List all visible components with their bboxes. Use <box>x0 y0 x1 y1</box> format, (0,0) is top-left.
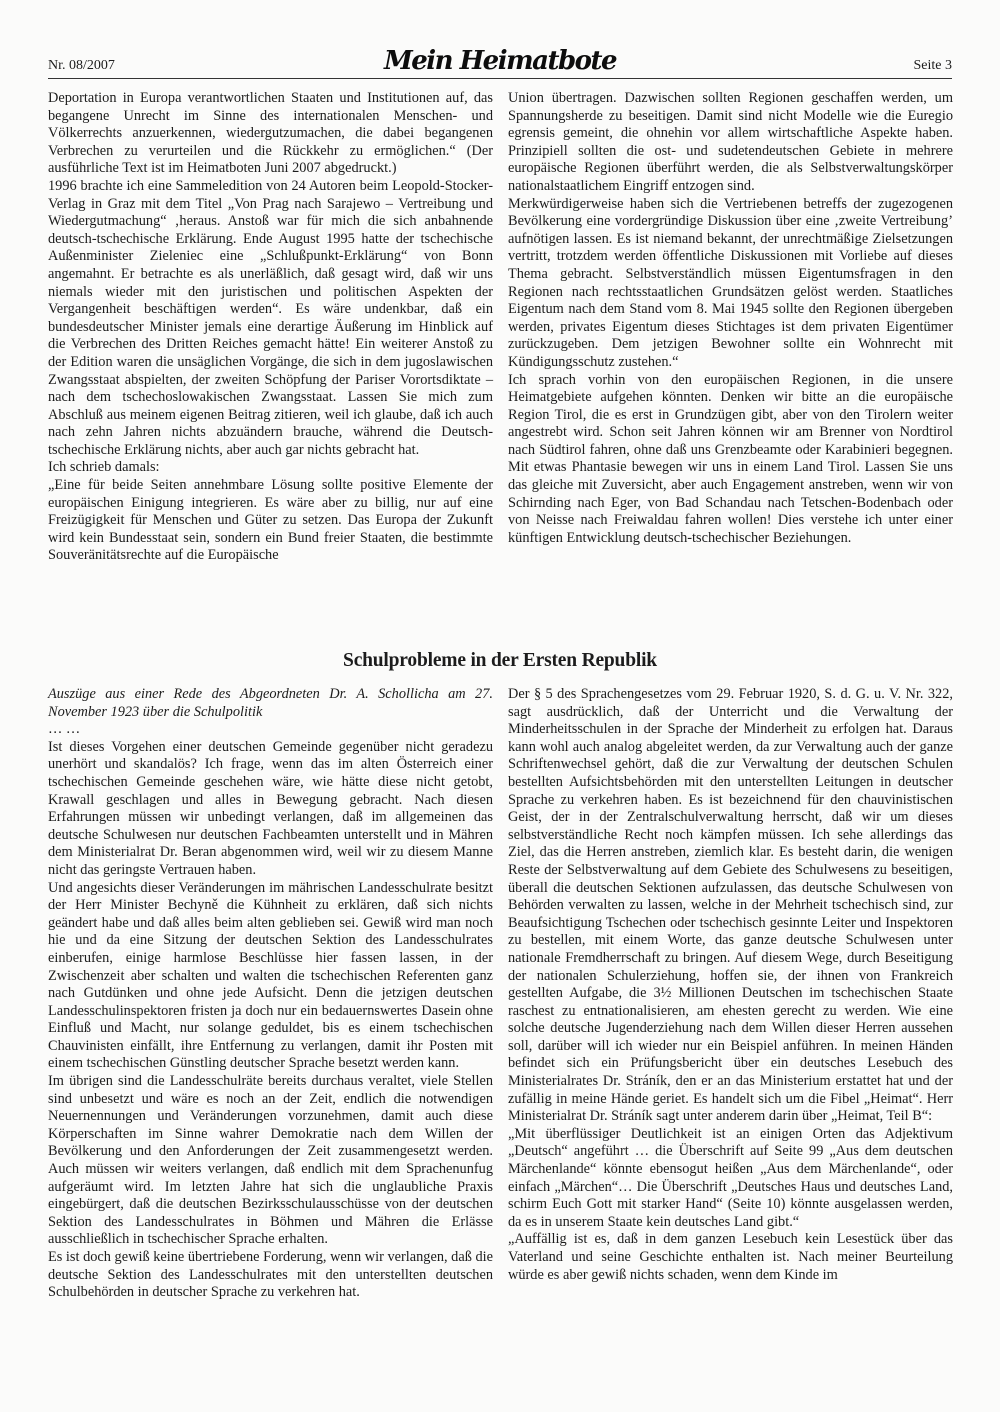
paragraph: Union übertragen. Dazwischen sollten Reg… <box>508 90 953 196</box>
article1-column-2: Union übertragen. Dazwischen sollten Reg… <box>508 90 953 547</box>
article-headline: Schulprobleme in der Ersten Republik <box>0 650 1000 672</box>
page-header: Nr. 08/2007 Mein Heimatbote Seite 3 <box>48 42 952 79</box>
masthead-logo: Mein Heimatbote <box>384 46 616 76</box>
ellipsis: … … <box>48 721 493 739</box>
paragraph: „Eine für beide Seiten annehmbare Lösung… <box>48 477 493 565</box>
article1-column-1: Deportation in Europa verantwortlichen S… <box>48 90 493 565</box>
paragraph: Merkwürdigerweise haben sich die Vertrie… <box>508 196 953 372</box>
issue-number: Nr. 08/2007 <box>48 58 115 74</box>
article2-column-2: Der § 5 des Sprachengesetzes vom 29. Feb… <box>508 686 953 1284</box>
page-number: Seite 3 <box>914 58 953 74</box>
paragraph: Ich schrieb damals: <box>48 459 493 477</box>
paragraph: „Auffällig ist es, daß in dem ganzen Les… <box>508 1231 953 1284</box>
paragraph: Ich sprach vorhin von den europäischen R… <box>508 372 953 548</box>
paragraph: 1996 brachte ich eine Sammeledition von … <box>48 178 493 460</box>
paragraph: Es ist doch gewiß keine übertriebene For… <box>48 1249 493 1302</box>
paragraph: Deportation in Europa verantwortlichen S… <box>48 90 493 178</box>
paragraph: Und angesichts dieser Veränderungen im m… <box>48 880 493 1074</box>
article-subtitle: Auszüge aus einer Rede des Abgeordneten … <box>48 686 493 721</box>
paragraph: „Mit überflüssiger Deutlichkeit ist an e… <box>508 1126 953 1232</box>
paragraph: Der § 5 des Sprachengesetzes vom 29. Feb… <box>508 686 953 1126</box>
article2-column-1: Auszüge aus einer Rede des Abgeordneten … <box>48 686 493 1302</box>
paragraph: Im übrigen sind die Landesschulräte bere… <box>48 1073 493 1249</box>
paragraph: Ist dieses Vorgehen einer deutschen Geme… <box>48 739 493 880</box>
